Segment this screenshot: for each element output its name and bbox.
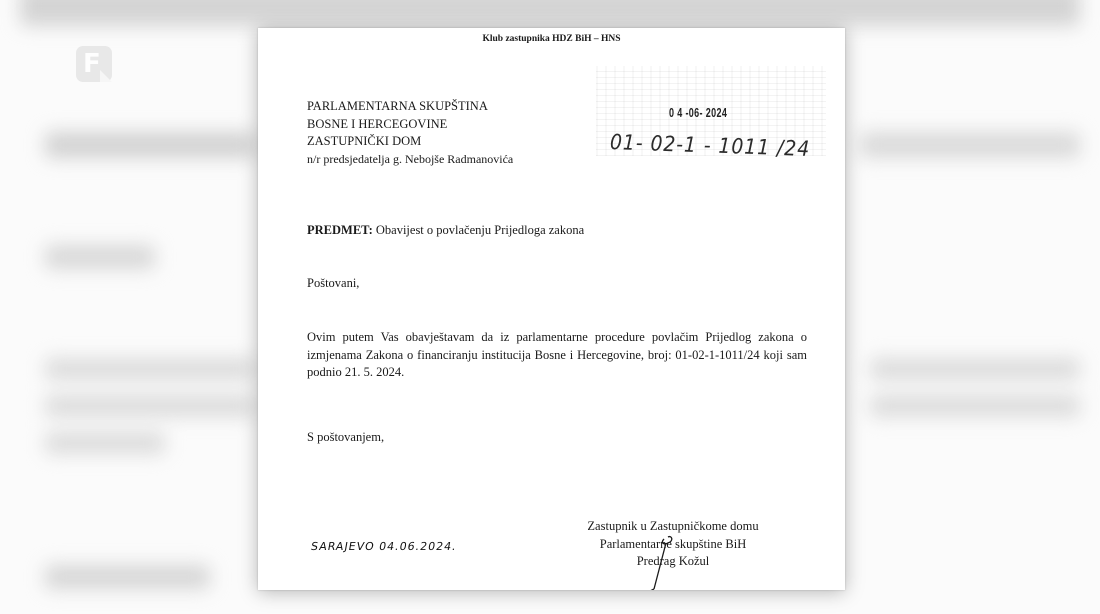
screen: F Klub zastupnika HDZ BiH – HNS PARLAMEN… [0,0,1100,614]
f-page-curl-logo-icon: F [76,46,112,82]
blurred-paragraph-line [45,432,165,454]
stamp-date: 0 4 -06- 2024 [669,106,727,120]
blurred-paragraph-line [870,395,1080,417]
recipient-line: ZASTUPNIČKI DOM [307,133,513,151]
blurred-section-heading [45,565,210,589]
blurred-headline-right [860,132,1080,158]
subject-label: PREDMET: [307,223,373,237]
blurred-headline-left [45,132,255,158]
recipient-attention: n/r predsjedatelja g. Nebojše Radmanović… [307,151,513,169]
blurred-paragraph-line [45,395,255,417]
blurred-header-bar [20,0,1080,26]
blurred-paragraph-line [870,358,1080,380]
subject-line: PREDMET: Obavijest o povlačenju Prijedlo… [307,223,584,238]
registry-stamp: 0 4 -06- 2024 01- 02-1 - 1011 /24 [596,66,826,176]
subject-text: Obavijest o povlačenju Prijedloga zakona [373,223,584,237]
recipient-line: PARLAMENTARNA SKUPŠTINA [307,98,513,116]
scanned-letter: Klub zastupnika HDZ BiH – HNS PARLAMENTA… [258,28,845,590]
handwritten-signature-icon [646,533,676,590]
blurred-subheading [45,245,155,269]
recipient-line: BOSNE I HERCEGOVINE [307,116,513,134]
handwritten-place-date: SARAJEVO 04.06.2024. [310,540,458,553]
recipient-address: PARLAMENTARNA SKUPŠTINA BOSNE I HERCEGOV… [307,98,513,168]
body-paragraph: Ovim putem Vas obavještavam da iz parlam… [307,329,807,382]
letterhead: Klub zastupnika HDZ BiH – HNS [258,34,845,44]
closing: S poštovanjem, [307,430,384,445]
blurred-paragraph-line [45,358,255,380]
greeting: Poštovani, [307,276,359,291]
